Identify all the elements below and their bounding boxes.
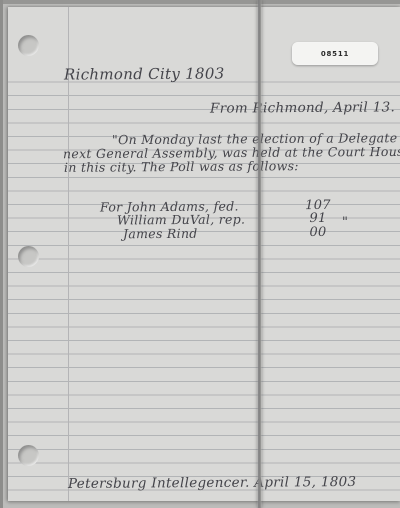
tally-row-candidate: James Rind bbox=[123, 226, 198, 242]
scanned-document: Richmond City 1803 From Richmond, April … bbox=[0, 0, 400, 508]
scan-left-edge bbox=[0, 0, 3, 508]
catalog-number: 08511 bbox=[321, 50, 349, 58]
hole-punch-middle bbox=[18, 246, 39, 267]
dateline: From Richmond, April 13. bbox=[210, 99, 395, 116]
hole-punch-top bbox=[18, 35, 39, 56]
scan-top-edge bbox=[0, 0, 400, 4]
closing-quote-mark: " bbox=[342, 215, 348, 230]
notebook-paper: Richmond City 1803 From Richmond, April … bbox=[8, 7, 400, 501]
source-citation: Petersburg Intellegencer. April 15, 1803 bbox=[68, 474, 356, 492]
page-heading: Richmond City 1803 bbox=[64, 64, 225, 83]
page-fold-line bbox=[257, 0, 262, 508]
tally-row-votes: 00 bbox=[300, 225, 336, 240]
tally-row-votes: 91 bbox=[300, 211, 336, 226]
hole-punch-bottom bbox=[18, 445, 39, 466]
catalog-sticker: 08511 bbox=[292, 42, 378, 65]
body-line-3: in this city. The Poll was as follows: bbox=[64, 158, 299, 175]
